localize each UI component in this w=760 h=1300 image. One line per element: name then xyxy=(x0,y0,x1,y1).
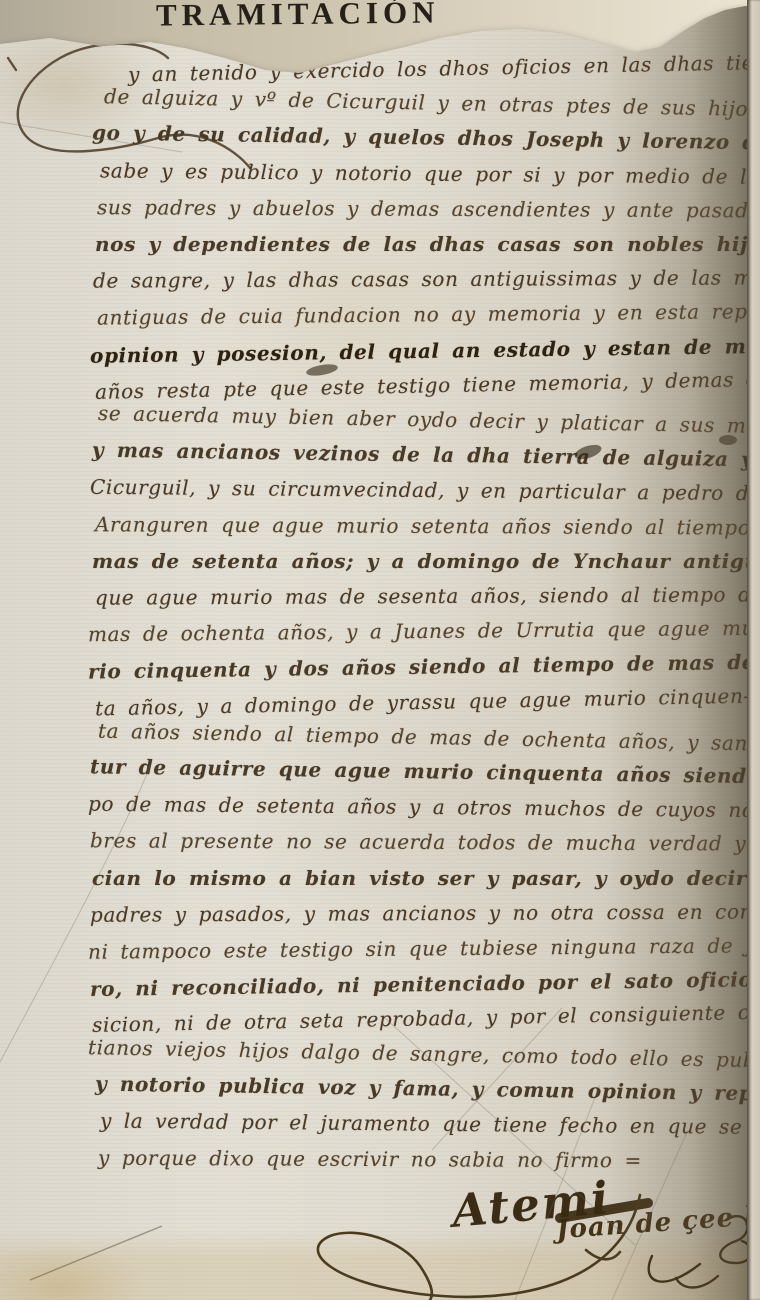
next-page-edge xyxy=(747,0,760,1300)
manuscript-sheet-wrap: y an tenido y exercido los dhos oficios … xyxy=(0,0,760,1300)
page-curl-shadow xyxy=(610,0,760,1300)
manuscript-sheet: y an tenido y exercido los dhos oficios … xyxy=(0,0,760,1300)
scanned-manuscript-page: { "doc": { "stamp": "TRAMITACIÓN", "line… xyxy=(0,0,760,1300)
pen-tally-strokes xyxy=(320,8,373,44)
manuscript-line: y porque dixo que escrivir no sabia no f… xyxy=(98,1148,642,1171)
